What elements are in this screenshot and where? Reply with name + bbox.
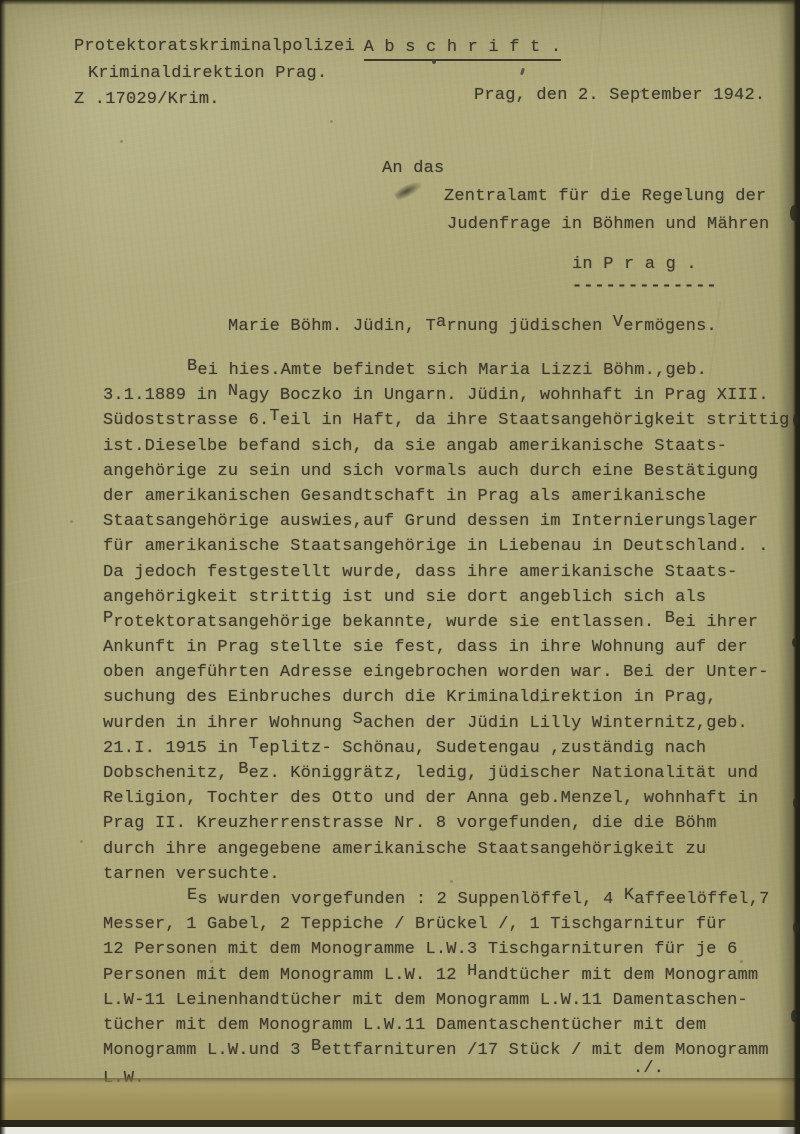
document-line: Südoststrasse 6.Teil in Haft, da ihre St… [103, 408, 790, 433]
raised-letter: B [665, 609, 675, 628]
document-line: Monogramm L.W.und 3 Bettfarnituren /17 S… [103, 1038, 790, 1063]
copy-heading: A b s c h r i f t . [322, 10, 561, 86]
recipient-underline: ------------- [572, 274, 718, 299]
document-line: suchung des Einbruches durch die Krimina… [103, 685, 790, 710]
dateline: Prag, den 2. September 1942. [474, 83, 765, 108]
raised-letter: N [228, 382, 238, 401]
edge-ink-blob [791, 1010, 797, 1022]
raised-letter: B [311, 1037, 321, 1056]
subject-line: Marie Böhm. Jüdin, Tarnung jüdischen Ver… [228, 314, 717, 339]
scanner-bed [0, 1127, 800, 1134]
edge-ink-blob [793, 922, 799, 933]
document-line: Protektoratsangehörige bekannte, wurde s… [103, 610, 790, 635]
document-line: für amerikanische Staatsangehörige in Li… [103, 534, 790, 559]
document-line: oben angeführten Adresse eingebrochen wo… [103, 660, 790, 685]
raised-letter: T [249, 735, 259, 754]
recipient-office-line1: Zentralamt für die Regelung der [444, 184, 766, 209]
document-line: tücher mit dem Monogramm L.W.11 Damentas… [103, 1013, 790, 1038]
raised-letter: H [467, 962, 477, 981]
document-line: Ankunft in Prag stellte sie fest, dass i… [103, 635, 790, 660]
sender-organization: Protektoratskriminalpolizei [74, 34, 355, 59]
document-line: wurden in ihrer Wohnung Sachen der Jüdin… [103, 711, 790, 736]
raised-letter: B [238, 760, 248, 779]
copy-heading-text: A b s c h r i f t . [364, 38, 562, 61]
scanned-letter-page: A b s c h r i f t . Protektoratskriminal… [0, 0, 800, 1134]
pencil-smudge [393, 178, 425, 203]
raised-letter: S [353, 710, 363, 729]
document-line: durch ihre angegebene amerikanische Staa… [103, 837, 790, 862]
edge-ink-blob [792, 638, 797, 647]
document-line: angehörigkeit strittig ist und sie dort … [103, 585, 790, 610]
file-reference: Z .17029/Krim. [74, 87, 220, 112]
scan-edge-right [778, 0, 800, 1134]
raised-letter: T [269, 407, 279, 426]
document-line: 3.1.1889 in Nagy Boczko in Ungarn. Jüdin… [103, 383, 790, 408]
document-line: 21.I. 1915 in Teplitz- Schönau, Sudeteng… [103, 736, 790, 761]
raised-letter: a [436, 313, 446, 332]
paper-bottom-edge [0, 1120, 800, 1127]
raised-letter: E [187, 886, 197, 905]
document-line: tarnen versuchte. [103, 862, 790, 887]
edge-ink-blob [793, 798, 798, 808]
document-line: L.W-11 Leinenhandtücher mit dem Monogram… [103, 988, 790, 1013]
raised-letter: P [103, 609, 113, 628]
document-line: angehörige zu sein und sich vormals auch… [103, 459, 790, 484]
document-line: 12 Personen mit dem Monogramme L.W.3 Tis… [103, 937, 790, 962]
letter-body: Bei hies.Amte befindet sich Maria Lizzi … [103, 358, 790, 1063]
document-line: der amerikanischen Gesandtschaft in Prag… [103, 484, 790, 509]
document-line: Dobschenitz, Bez. Königgrätz, ledig, jüd… [103, 761, 790, 786]
document-line: Es wurden vorgefunden : 2 Suppenlöffel, … [103, 887, 790, 912]
ink-dot [432, 59, 436, 64]
raised-letter: V [613, 313, 623, 332]
raised-letter: B [187, 357, 197, 376]
recipient-office-line2: Judenfrage in Böhmen und Mähren [447, 212, 769, 237]
document-line: Religion, Tochter des Otto und der Anna … [103, 786, 790, 811]
document-line: Da jedoch festgestellt wurde, dass ihre … [103, 560, 790, 585]
edge-ink-blob [793, 414, 799, 426]
document-line: Bei hies.Amte befindet sich Maria Lizzi … [103, 358, 790, 383]
sender-department: Kriminaldirektion Prag. [88, 61, 327, 86]
raised-letter: K [624, 886, 634, 905]
edge-ink-blob [790, 205, 798, 221]
document-line: ist.Dieselbe befand sich, da sie angab a… [103, 434, 790, 459]
scan-edge-left [0, 0, 6, 1134]
document-line: Staatsangehörige auswies,auf Grund desse… [103, 509, 790, 534]
paper-bottom-fold [0, 1078, 800, 1122]
document-line: Prag II. Kreuzherrenstrasse Nr. 8 vorgef… [103, 811, 790, 836]
document-line: Personen mit dem Monogramm L.W. 12 Handt… [103, 963, 790, 988]
document-line: Messer, 1 Gabel, 2 Teppiche / Brückel /,… [103, 912, 790, 937]
recipient-salutation: An das [382, 156, 444, 181]
scan-edge-top [0, 0, 800, 5]
